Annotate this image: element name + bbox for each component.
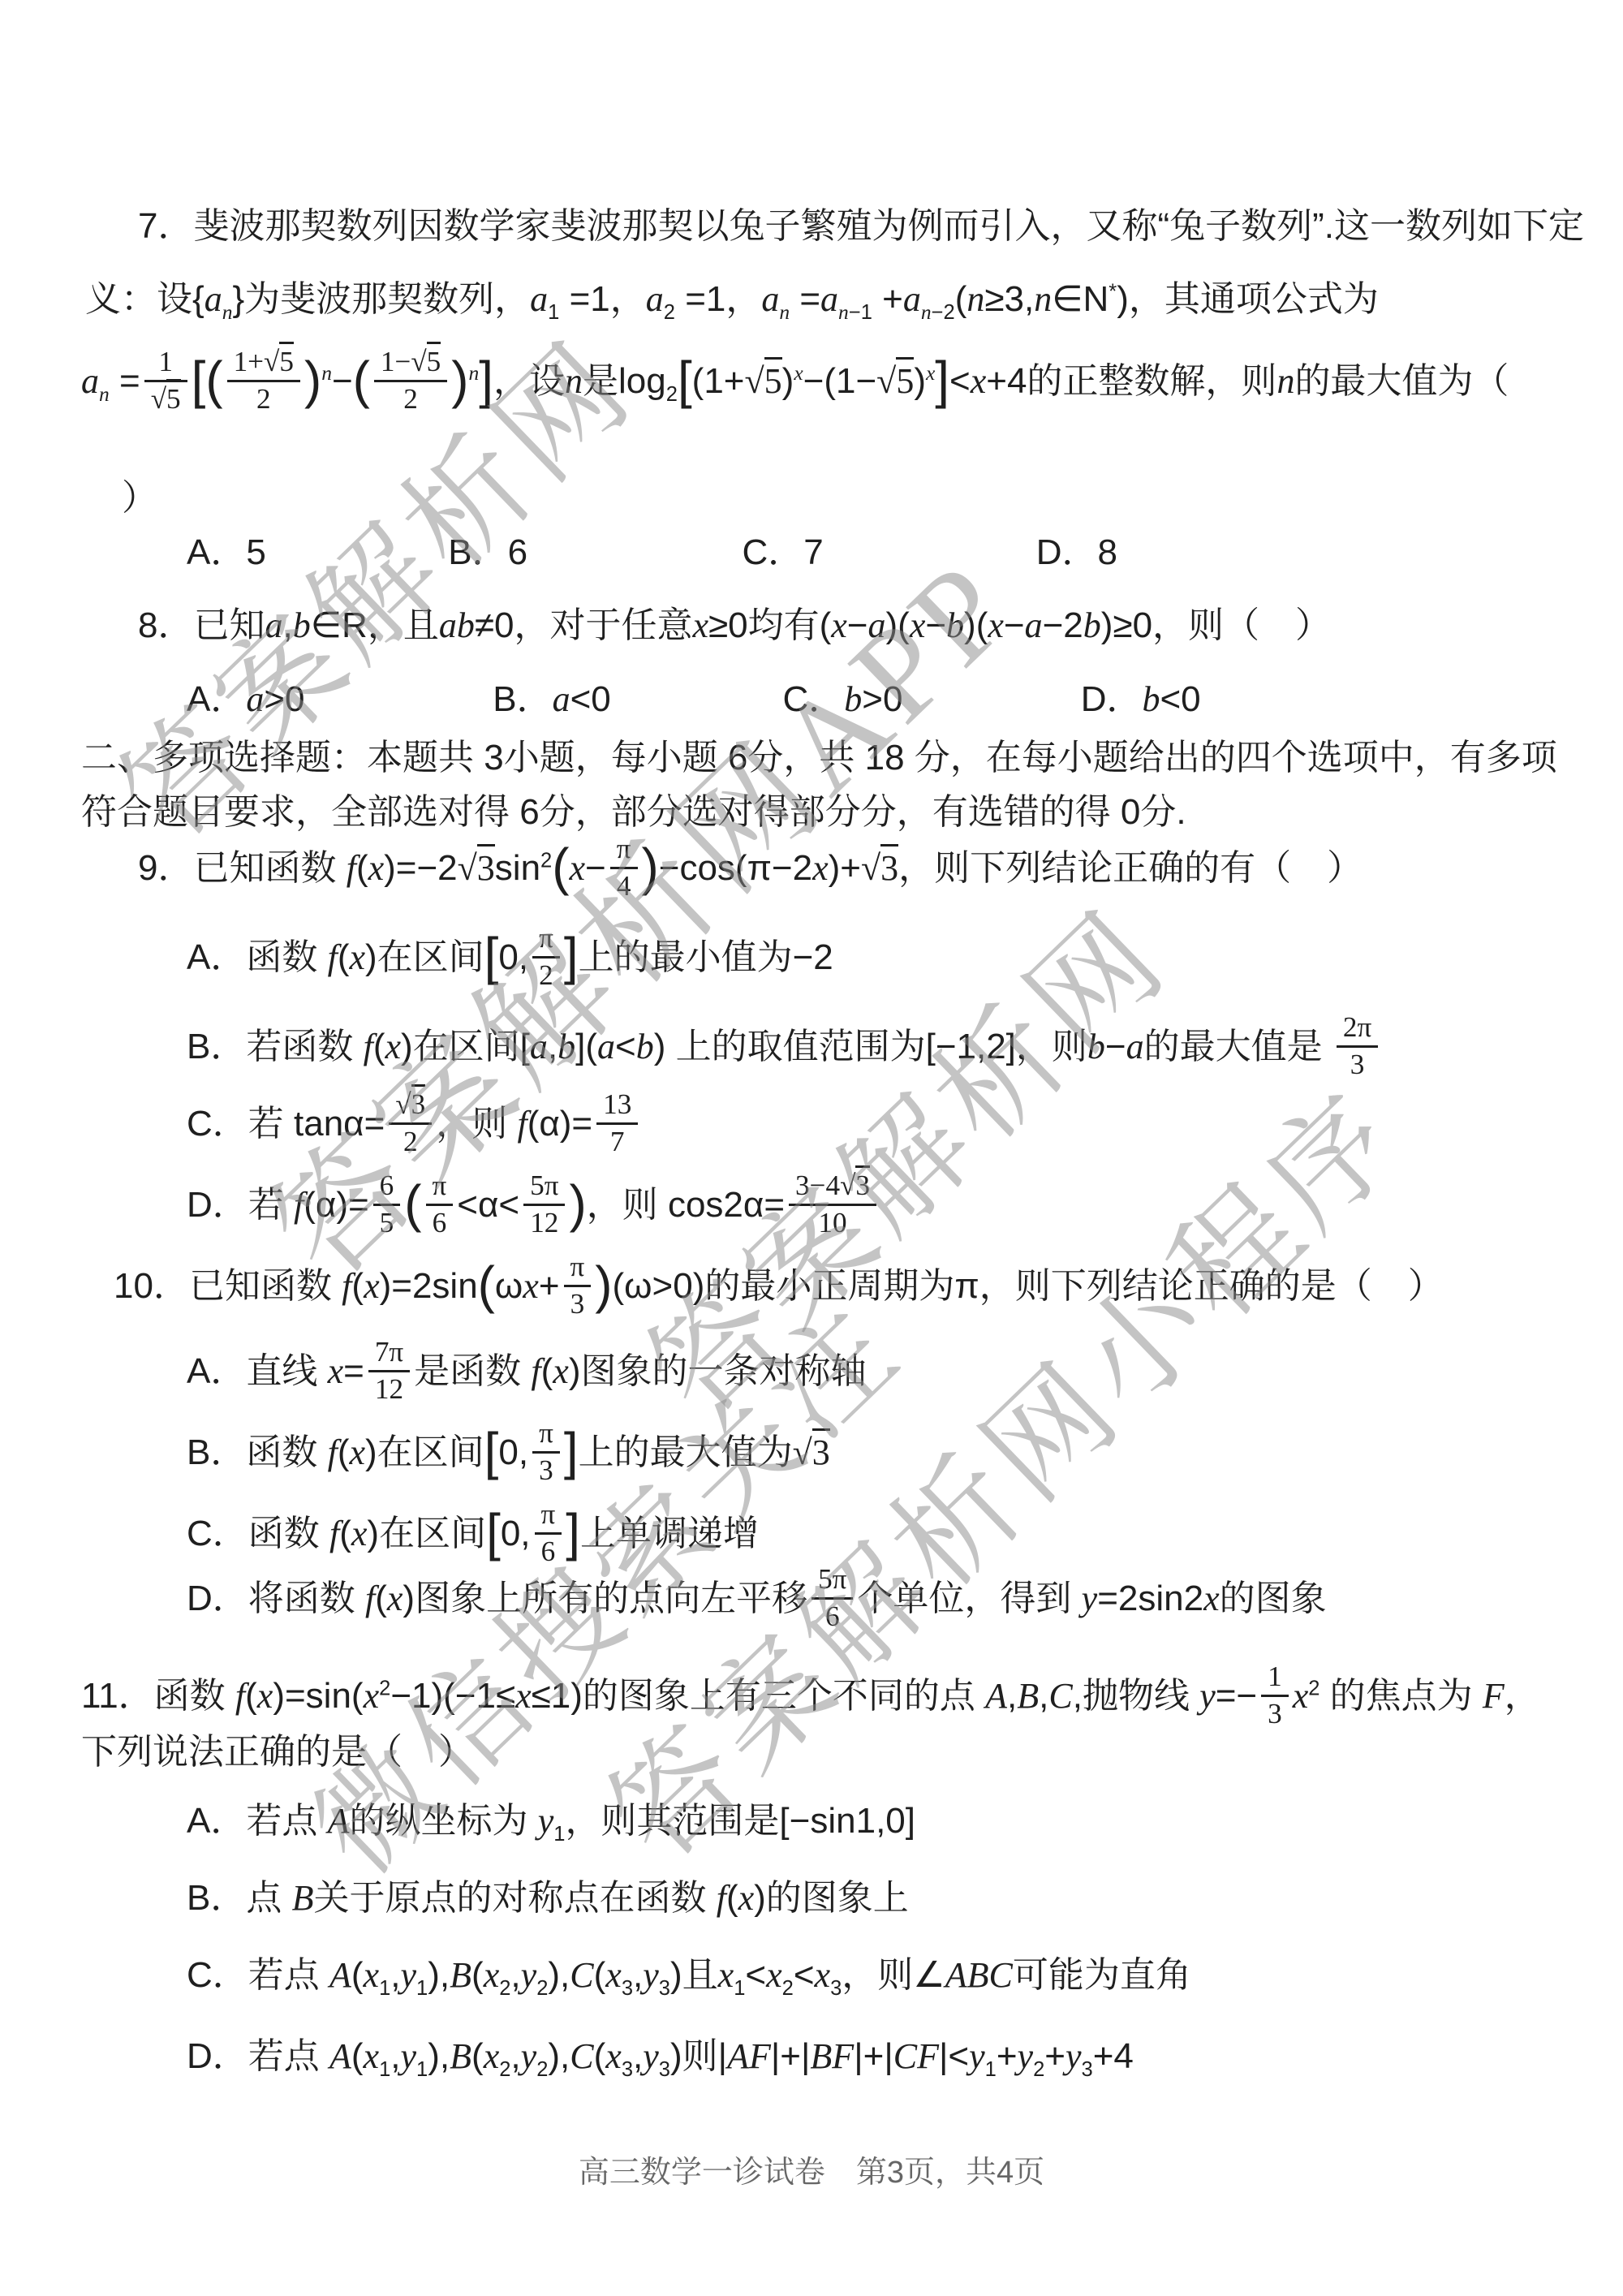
q10-stem: 10．已知函数 f(x)=2sin(ωx+π3)(ω>0)的最小正周期为π，则下… [114, 1254, 1444, 1323]
q8-option-b: B．a<0 [493, 676, 773, 722]
q10-option-c: C．函数 f(x)在区间[0,π6]上单调递增 [187, 1501, 759, 1570]
q7-options: A．5 B．6 C．7 D．8 [187, 529, 1117, 575]
q9-stem: 9．已知函数 f(x)=−2√3sin2(x−π4)−cos(π−2x)+√3，… [138, 836, 1363, 905]
q9-option-b: B．若函数 f(x)在区间[a,b](a<b) 上的取值范围为[−1,2]，则b… [187, 1014, 1382, 1083]
q10-option-a: A．直线 x=7π12是函数 f(x)图象的一条对称轴 [187, 1339, 866, 1408]
q11-stem-line-1: 11．函数 f(x)=sin(x2−1)(−1≤x≤1)的图象上有三个不同的点 … [81, 1664, 1540, 1733]
page-footer: 高三数学一诊试卷 第3页，共4页 [0, 2147, 1623, 2191]
q8-options: A．a>0 B．a<0 C．b>0 D．b<0 [187, 676, 1201, 722]
q7-close-paren: ） [122, 475, 157, 521]
q7-option-a: A．5 [187, 529, 438, 575]
q8-option-c: C．b>0 [782, 676, 1070, 722]
q8-option-a: A．a>0 [187, 676, 483, 722]
q7-stem-line-2: 义：设{an}为斐波那契数列，a1 =1，a2 =1，an =an−1 +an−… [85, 276, 1379, 326]
q7-option-b: B．6 [448, 529, 732, 575]
q8-option-d: D．b<0 [1081, 676, 1201, 722]
q9-option-c: C．若 tanα=√32，则 f(α)=137 [187, 1092, 642, 1161]
section2-header-line-2: 符合题目要求，全部选对得 6分，部分选对得部分分，有选错的得 0分. [81, 789, 1186, 835]
q11-option-a: A．若点 A的纵坐标为 y1，则其范围是[−sin1,0] [187, 1798, 915, 1848]
section2-header-line-1: 二、多项选择题：本题共 3小题，每小题 6分，共 18 分，在每小题给出的四个选… [81, 734, 1557, 781]
q8-stem: 8．已知a,b∈R，且ab≠0，对于任意x≥0均有(x−a)(x−b)(x−a−… [138, 602, 1331, 648]
q7-stem-line-1: 7．斐波那契数列因数学家斐波那契以兔子繁殖为例而引入，又称“兔子数列”.这一数列… [138, 203, 1584, 249]
q7-option-d: D．8 [1036, 529, 1117, 575]
q11-stem-line-2: 下列说法正确的是（ ） [81, 1729, 474, 1775]
q11-option-d: D．若点 A(x1,y1),B(x2,y2),C(x3,y3)则|AF|+|BF… [187, 2033, 1134, 2083]
q11-option-c: C．若点 A(x1,y1),B(x2,y2),C(x3,y3)且x1<x2<x3… [187, 1952, 1191, 2002]
q10-option-d: D．将函数 f(x)图象上所有的点向左平移5π6个单位，得到 y=2sin2x的… [187, 1566, 1327, 1635]
q9-option-a: A．函数 f(x)在区间[0,π2]上的最小值为−2 [187, 925, 833, 994]
q11-option-b: B．点 B关于原点的对称点在函数 f(x)的图象上 [187, 1875, 909, 1921]
q10-option-b: B．函数 f(x)在区间[0,π3]上的最大值为√3 [187, 1420, 830, 1489]
q7-option-c: C．7 [742, 529, 1026, 575]
q7-formula-line: an =1√5[(1+√52)n−(1−√52)n]，设n是log2[(1+√5… [81, 349, 1509, 418]
q9-option-d: D．若 f(α)=65(π6<α<5π12)，则 cos2α=3−4√310 [187, 1173, 880, 1242]
exam-page: 答案解析网 答案解析网APP 答案解析网 微信搜索关注 答案解析网小程序 7．斐… [0, 0, 1623, 2296]
